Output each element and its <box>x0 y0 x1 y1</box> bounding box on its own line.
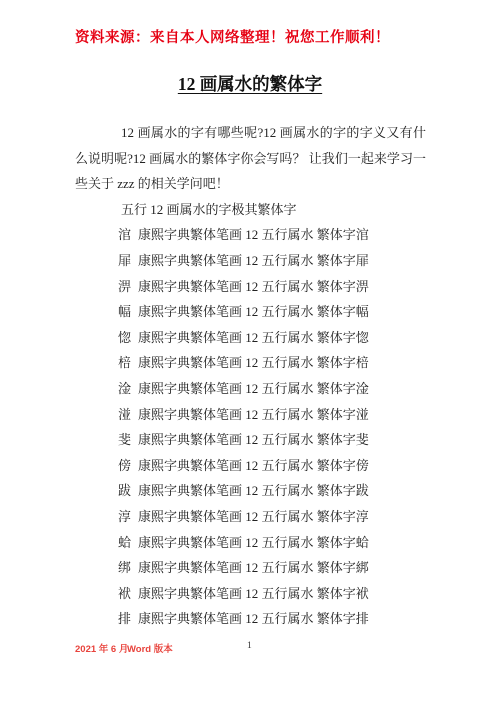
traditional-character: 湴 <box>356 407 369 422</box>
footer-date: 2021 年 6 月 <box>75 641 128 655</box>
character: 绑 <box>118 560 131 575</box>
character: 淦 <box>118 381 131 396</box>
traditional-character: 棓 <box>356 355 369 370</box>
item-description: 康熙字典繁体笔画 12 五行属水 繁体字 <box>138 483 356 498</box>
list-item: 惚康熙字典繁体笔画 12 五行属水 繁体字惚 <box>118 325 500 351</box>
traditional-character: 袱 <box>356 586 369 601</box>
list-item: 棓康熙字典繁体笔画 12 五行属水 繁体字棓 <box>118 350 500 376</box>
traditional-character: 屝 <box>356 253 369 268</box>
traditional-character: 淳 <box>356 509 369 524</box>
footer-version: Word 版本 <box>127 641 173 655</box>
traditional-character: 綁 <box>356 560 369 575</box>
character: 屝 <box>118 253 131 268</box>
item-description: 康熙字典繁体笔画 12 五行属水 繁体字 <box>138 560 356 575</box>
character: 涫 <box>118 227 131 242</box>
list-item: 淦康熙字典繁体笔画 12 五行属水 繁体字淦 <box>118 376 500 402</box>
character: 棓 <box>118 355 131 370</box>
item-description: 康熙字典繁体笔画 12 五行属水 繁体字 <box>138 253 356 268</box>
list-item: 斐康熙字典繁体笔画 12 五行属水 繁体字斐 <box>118 427 500 453</box>
list-item: 蛤康熙字典繁体笔画 12 五行属水 繁体字蛤 <box>118 530 500 556</box>
traditional-character: 淦 <box>356 381 369 396</box>
character: 幅 <box>118 304 131 319</box>
item-description: 康熙字典繁体笔画 12 五行属水 繁体字 <box>138 432 356 447</box>
traditional-character: 斐 <box>356 432 369 447</box>
traditional-character: 跋 <box>356 483 369 498</box>
page-number: 1 <box>247 641 252 651</box>
item-description: 康熙字典繁体笔画 12 五行属水 繁体字 <box>138 611 356 626</box>
item-description: 康熙字典繁体笔画 12 五行属水 繁体字 <box>138 355 356 370</box>
list-item: 傍康熙字典繁体笔画 12 五行属水 繁体字傍 <box>118 453 500 479</box>
traditional-character: 淠 <box>356 279 369 294</box>
traditional-character: 傍 <box>356 458 369 473</box>
character: 淠 <box>118 279 131 294</box>
item-description: 康熙字典繁体笔画 12 五行属水 繁体字 <box>138 407 356 422</box>
character: 湴 <box>118 407 131 422</box>
traditional-character: 蛤 <box>356 535 369 550</box>
character: 蛤 <box>118 535 131 550</box>
item-description: 康熙字典繁体笔画 12 五行属水 繁体字 <box>138 279 356 294</box>
list-item: 排康熙字典繁体笔画 12 五行属水 繁体字排 <box>118 606 500 632</box>
list-item: 淠康熙字典繁体笔画 12 五行属水 繁体字淠 <box>118 274 500 300</box>
traditional-character: 幅 <box>356 304 369 319</box>
character: 排 <box>118 611 131 626</box>
item-description: 康熙字典繁体笔画 12 五行属水 繁体字 <box>138 509 356 524</box>
source-note: 资料来源：来自本人网络整理！祝您工作顺利！ <box>75 26 426 47</box>
list-item: 涫康熙字典繁体笔画 12 五行属水 繁体字涫 <box>118 222 500 248</box>
list-item: 湴康熙字典繁体笔画 12 五行属水 繁体字湴 <box>118 402 500 428</box>
item-description: 康熙字典繁体笔画 12 五行属水 繁体字 <box>138 535 356 550</box>
traditional-character: 涫 <box>356 227 369 242</box>
item-description: 康熙字典繁体笔画 12 五行属水 繁体字 <box>138 227 356 242</box>
intro-paragraph: 12 画属水的字有哪些呢?12 画属水的字的字义又有什么说明呢?12 画属水的繁… <box>75 120 426 197</box>
list-item: 幅康熙字典繁体笔画 12 五行属水 繁体字幅 <box>118 299 500 325</box>
list-item: 跋康熙字典繁体笔画 12 五行属水 繁体字跋 <box>118 478 500 504</box>
item-description: 康熙字典繁体笔画 12 五行属水 繁体字 <box>138 304 356 319</box>
page-title: 12 画属水的繁体字 <box>0 71 500 96</box>
character: 淳 <box>118 509 131 524</box>
document-page: 资料来源：来自本人网络整理！祝您工作顺利！ 12 画属水的繁体字 12 画属水的… <box>0 0 500 708</box>
traditional-character: 惚 <box>356 330 369 345</box>
list-item: 屝康熙字典繁体笔画 12 五行属水 繁体字屝 <box>118 248 500 274</box>
character: 斐 <box>118 432 131 447</box>
item-description: 康熙字典繁体笔画 12 五行属水 繁体字 <box>138 381 356 396</box>
list-item: 袱康熙字典繁体笔画 12 五行属水 繁体字袱 <box>118 581 500 607</box>
item-description: 康熙字典繁体笔画 12 五行属水 繁体字 <box>138 586 356 601</box>
character: 袱 <box>118 586 131 601</box>
character-list: 涫康熙字典繁体笔画 12 五行属水 繁体字涫 屝康熙字典繁体笔画 12 五行属水… <box>118 222 500 632</box>
item-description: 康熙字典繁体笔画 12 五行属水 繁体字 <box>138 458 356 473</box>
character: 傍 <box>118 458 131 473</box>
list-subtitle: 五行 12 画属水的字极其繁体字 <box>121 197 426 223</box>
list-item: 淳康熙字典繁体笔画 12 五行属水 繁体字淳 <box>118 504 500 530</box>
traditional-character: 排 <box>356 611 369 626</box>
list-item: 绑康熙字典繁体笔画 12 五行属水 繁体字綁 <box>118 555 500 581</box>
character: 惚 <box>118 330 131 345</box>
character: 跋 <box>118 483 131 498</box>
item-description: 康熙字典繁体笔画 12 五行属水 繁体字 <box>138 330 356 345</box>
